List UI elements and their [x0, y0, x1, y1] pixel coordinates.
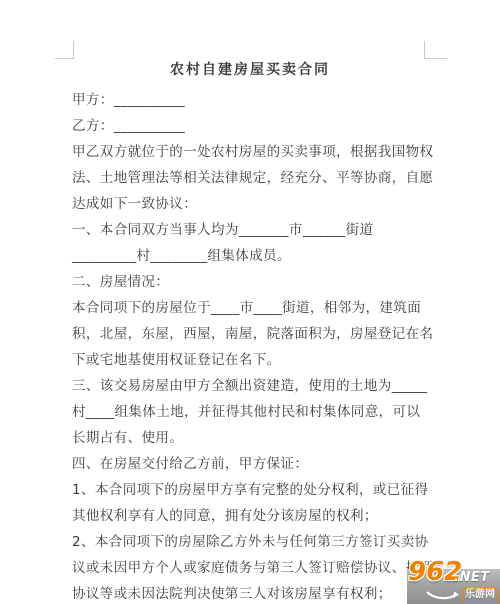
doc-line: 下或宅地基使用权证登记在名下。 [72, 347, 432, 373]
text-margin-mark-top-left [55, 41, 74, 59]
watermark-domain: .NET [454, 570, 490, 585]
swoosh-arrow-icon [426, 590, 460, 601]
doc-line-clause-3: 三、该交易房屋由甲方全额出资建造，使用的土地为_____ [72, 373, 432, 399]
doc-line: 甲乙双方就位于的一处农村房屋的买卖事项，根据我国物权 [72, 139, 432, 165]
doc-line: 长期占有、使用。 [72, 425, 432, 451]
doc-line-item-1: 1、本合同项下的房屋甲方享有完整的处分权利，或已征得 [72, 477, 432, 503]
word-document-page: 农村自建房屋买卖合同 甲方：__________ 乙方：__________ 甲… [0, 0, 500, 604]
document-body: 甲方：__________ 乙方：__________ 甲乙双方就位于的一处农村… [72, 87, 432, 604]
document-title: 农村自建房屋买卖合同 [0, 60, 500, 80]
doc-line: 村____组集体土地，并征得其他村民和村集体同意，可以 [72, 399, 432, 425]
text-margin-mark-top-right [424, 41, 447, 59]
doc-line-party-a: 甲方：__________ [72, 87, 432, 113]
doc-line-clause-2: 二、房屋情况： [72, 269, 432, 295]
doc-line: _________村________组集体成员。 [72, 243, 432, 269]
doc-line: 议或未因甲方个人或家庭债务与第三人签订赔偿协议、抵押 [72, 555, 432, 581]
doc-line-clause-4: 四、在房屋交付给乙方前，甲方保证： [72, 451, 432, 477]
watermark-site-name: 乐游网 [462, 588, 498, 602]
doc-line-party-b: 乙方：__________ [72, 113, 432, 139]
doc-line: 本合同项下的房屋位于____市____街道，相邻为，建筑面 [72, 295, 432, 321]
watermark-subline: 乐游网 [426, 588, 498, 602]
watermark-logo-962net: 962 .NET 乐游网 [407, 569, 500, 604]
doc-line-item-2: 2、本合同项下的房屋除乙方外未与任何第三方签订买卖协 [72, 529, 432, 555]
doc-line: 法、土地管理法等相关法律规定，经充分、平等协商，自愿 [72, 165, 432, 191]
doc-line: 达成如下一致协议： [72, 191, 432, 217]
doc-line: 积，北屋，东屋，西屋，南屋，院落面积为，房屋登记在名 [72, 321, 432, 347]
doc-line: 其他权利享有人的同意，拥有处分该房屋的权利； [72, 503, 432, 529]
doc-line-clause-1: 一、本合同双方当事人均为_______市______街道 [72, 217, 432, 243]
doc-line: 协议等或未因法院判决使第三人对该房屋享有权利； [72, 581, 432, 604]
